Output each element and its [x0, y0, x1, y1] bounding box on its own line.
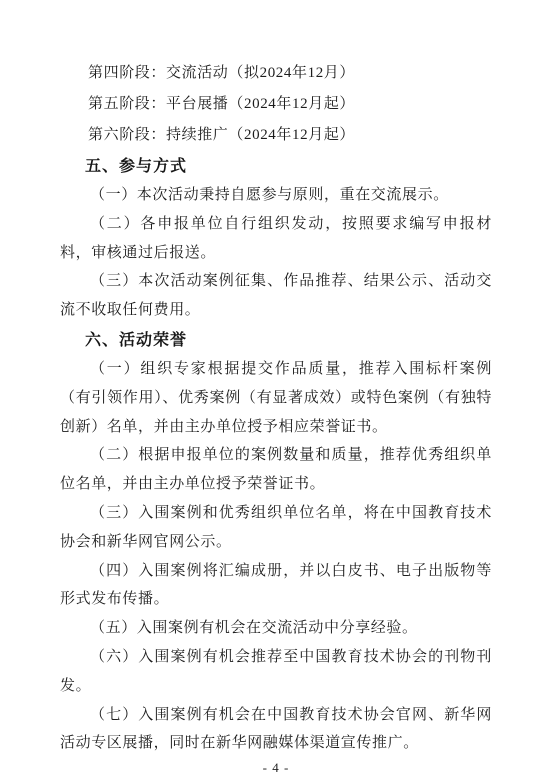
paragraph-participation-3: （三）本次活动案例征集、作品推荐、结果公示、活动交流不收取任何费用。: [60, 267, 492, 325]
paragraph-participation-1: （一）本次活动秉持自愿参与原则，重在交流展示。: [60, 181, 492, 210]
paragraph-honors-4: （四）入围案例将汇编成册，并以白皮书、电子出版物等形式发布传播。: [60, 557, 492, 615]
paragraph-participation-2: （二）各申报单位自行组织发动，按照要求编写申报材料，审核通过后报送。: [60, 210, 492, 268]
page-number: - 4 -: [60, 758, 492, 778]
stage-list: 第四阶段：交流活动（拟2024年12月） 第五阶段：平台展播（2024年12月起…: [60, 58, 492, 151]
paragraph-honors-6: （六）入围案例有机会推荐至中国教育技术协会的刊物刊发。: [60, 643, 492, 701]
paragraph-honors-3: （三）入围案例和优秀组织单位名单，将在中国教育技术协会和新华网官网公示。: [60, 499, 492, 557]
section-heading-honors: 六、活动荣誉: [60, 327, 492, 355]
stage-line-4: 第四阶段：交流活动（拟2024年12月）: [60, 58, 492, 89]
stage-line-6: 第六阶段：持续推广（2024年12月起）: [60, 120, 492, 151]
section-heading-participation: 五、参与方式: [60, 153, 492, 181]
paragraph-honors-5: （五）入围案例有机会在交流活动中分享经验。: [60, 614, 492, 643]
paragraph-honors-7: （七）入围案例有机会在中国教育技术协会官网、新华网活动专区展播，同时在新华网融媒…: [60, 701, 492, 759]
paragraph-honors-1: （一）组织专家根据提交作品质量，推荐入围标杆案例（有引领作用）、优秀案例（有显著…: [60, 355, 492, 441]
paragraph-honors-2: （二）根据申报单位的案例数量和质量，推荐优秀组织单位名单，并由主办单位授予荣誉证…: [60, 441, 492, 499]
stage-line-5: 第五阶段：平台展播（2024年12月起）: [60, 89, 492, 120]
document-page: 第四阶段：交流活动（拟2024年12月） 第五阶段：平台展播（2024年12月起…: [0, 0, 550, 778]
